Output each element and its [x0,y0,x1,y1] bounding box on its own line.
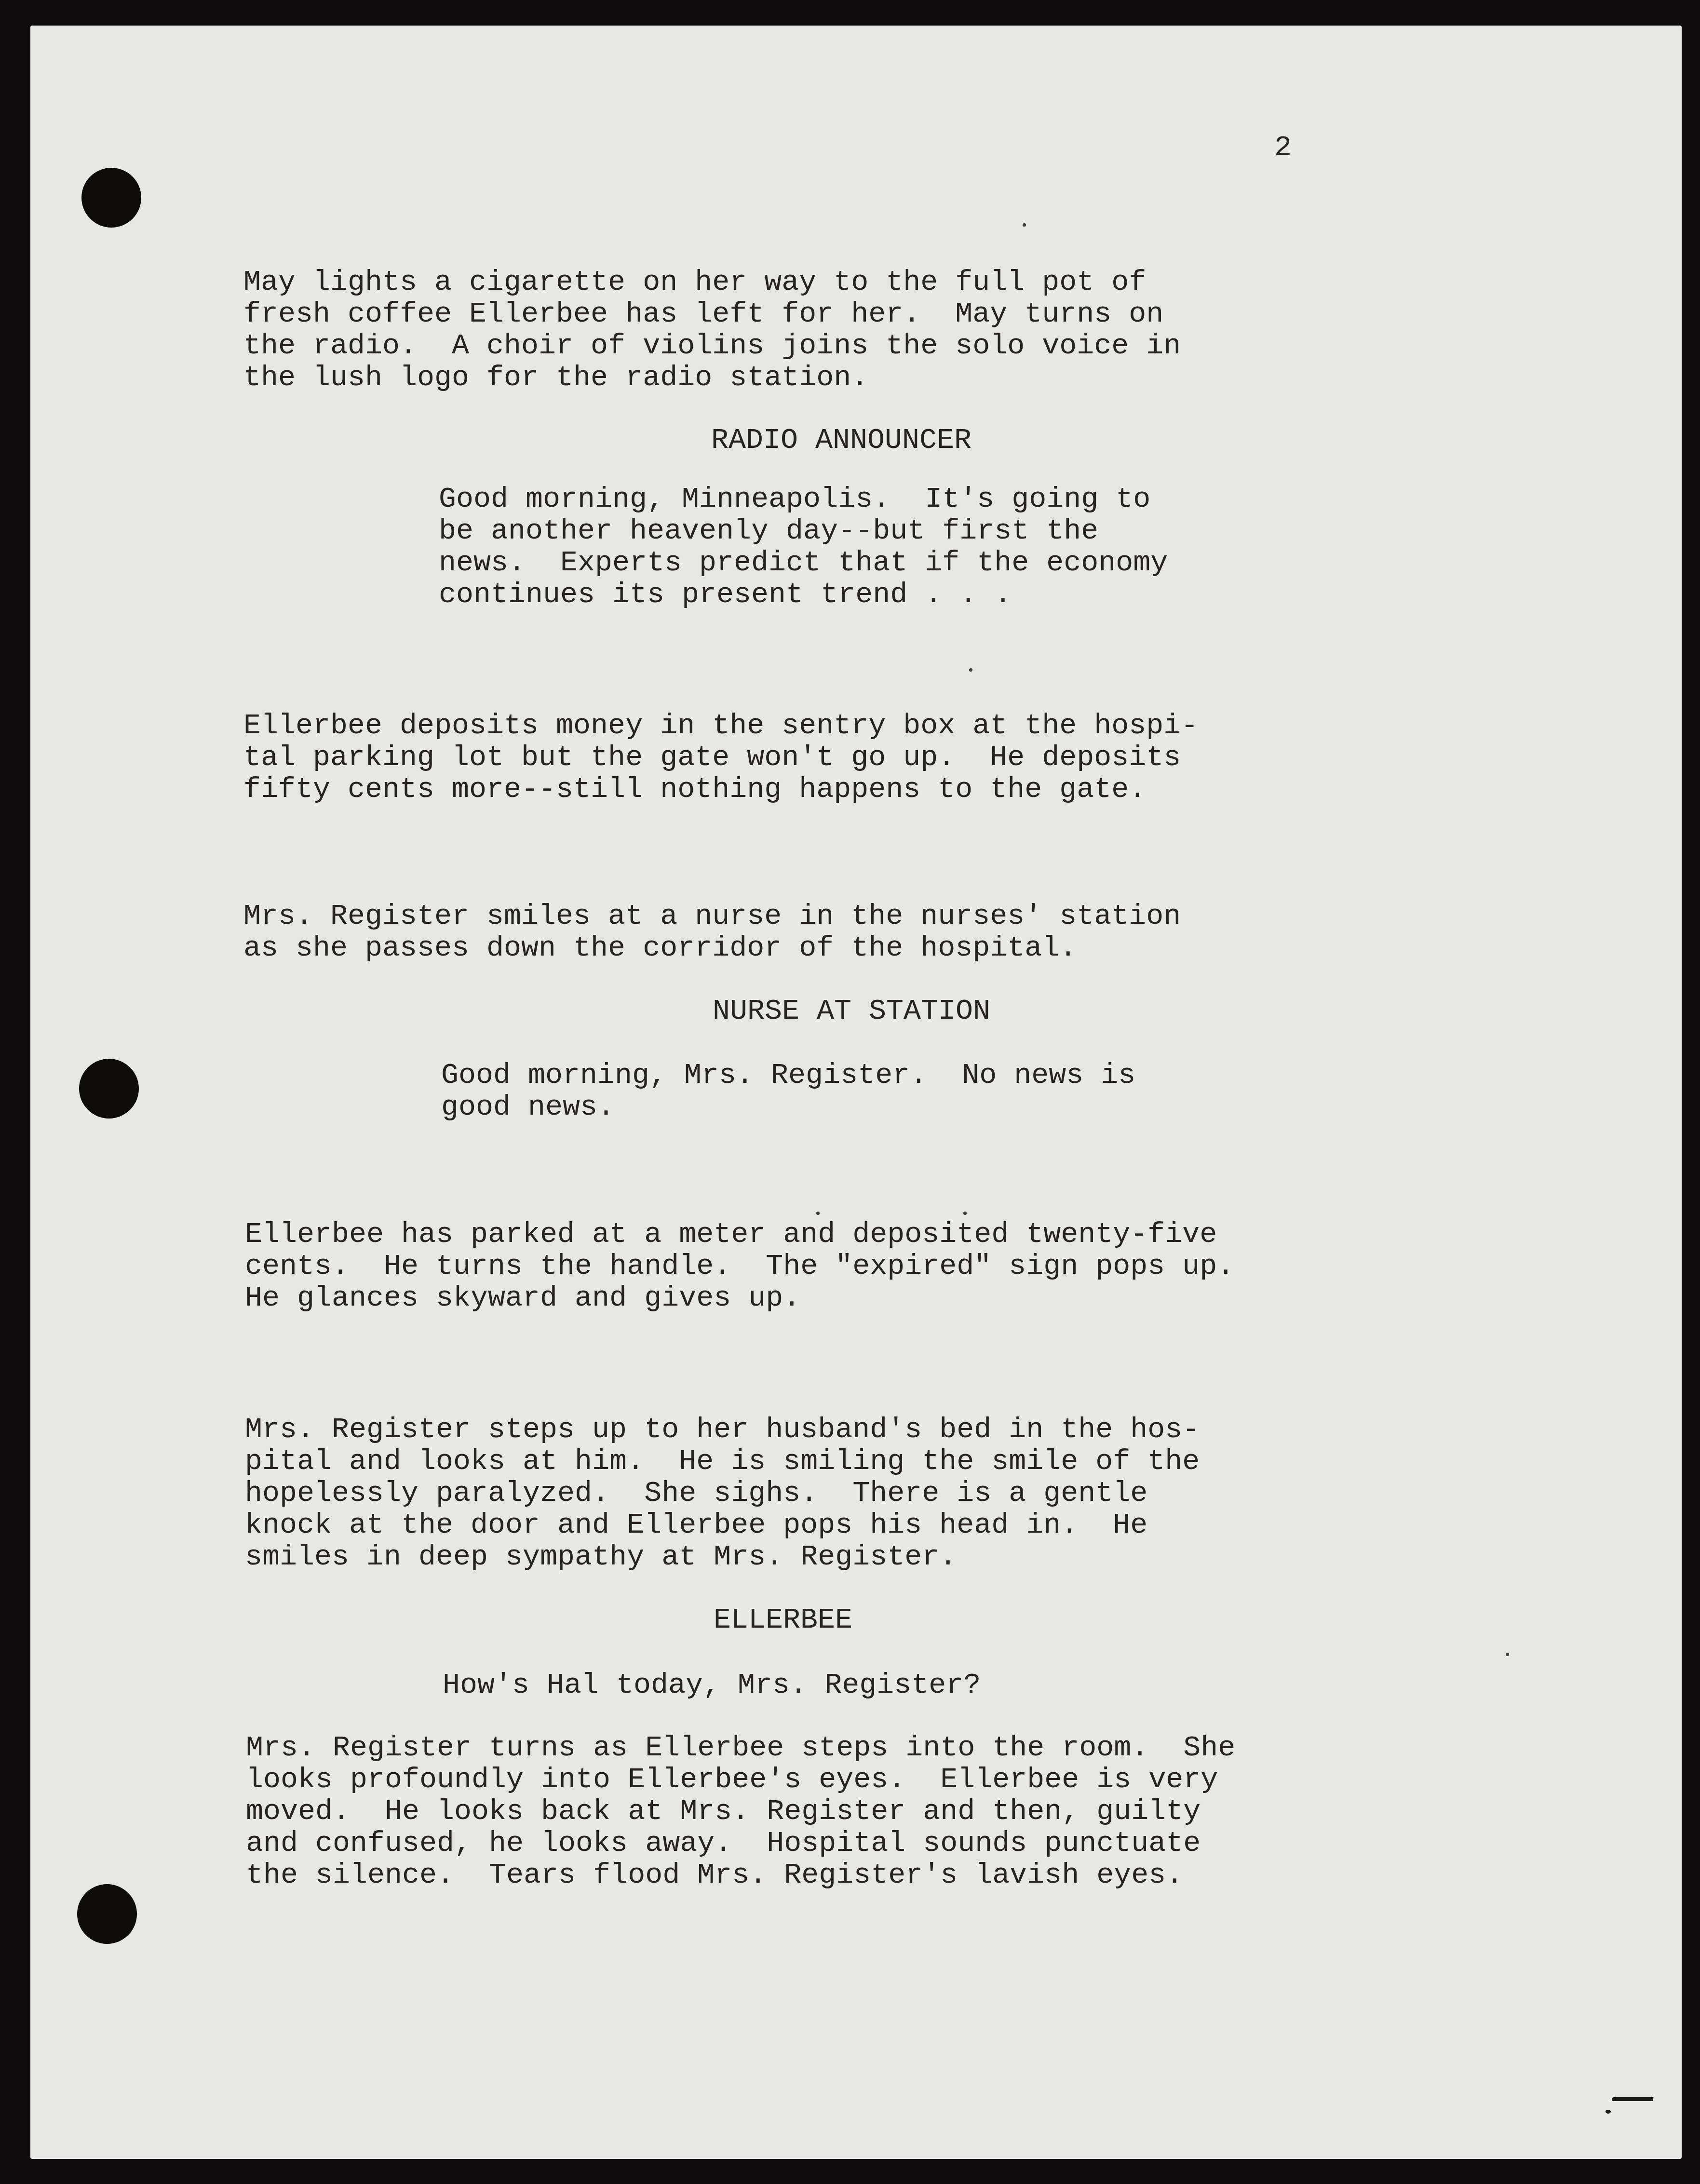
binder-hole-top [81,168,141,228]
dialogue-line: Good morning, Mrs. Register. No news is [441,1060,1135,1092]
pen-mark-dot [1606,2110,1611,2114]
pen-mark [1611,2097,1653,2101]
action-line: as she passes down the corridor of the h… [243,932,1181,964]
action-paragraph-1: May lights a cigarette on her way to the… [243,267,1181,394]
dialogue-line: continues its present trend . . . [439,579,1168,611]
action-line: cents. He turns the handle. The "expired… [245,1251,1234,1282]
character-name-ellerbee: ELLERBEE [714,1604,852,1636]
action-paragraph-3: Mrs. Register smiles at a nurse in the n… [243,901,1181,964]
action-paragraph-6: Mrs. Register turns as Ellerbee steps in… [246,1732,1235,1891]
action-line: smiles in deep sympathy at Mrs. Register… [245,1541,1200,1573]
action-line: moved. He looks back at Mrs. Register an… [246,1796,1235,1828]
action-paragraph-2: Ellerbee deposits money in the sentry bo… [243,710,1198,806]
action-line: hopelessly paralyzed. She sighs. There i… [245,1478,1200,1510]
dialogue-line: news. Experts predict that if the econom… [439,547,1168,579]
paper-speck [963,1212,967,1215]
binder-hole-bottom [77,1884,137,1944]
action-line: tal parking lot but the gate won't go up… [243,742,1198,774]
dialogue-radio-announcer: Good morning, Minneapolis. It's going to… [439,484,1168,611]
action-line: He glances skyward and gives up. [245,1282,1234,1314]
action-line: Mrs. Register steps up to her husband's … [245,1414,1200,1446]
action-line: Mrs. Register turns as Ellerbee steps in… [246,1732,1235,1764]
character-name-radio-announcer: RADIO ANNOUNCER [711,425,971,457]
action-paragraph-4: Ellerbee has parked at a meter and depos… [245,1219,1234,1314]
dialogue-nurse-at-station: Good morning, Mrs. Register. No news isg… [441,1060,1135,1123]
paper-speck [1506,1653,1509,1656]
action-line: May lights a cigarette on her way to the… [243,267,1181,298]
action-line: Ellerbee has parked at a meter and depos… [245,1219,1234,1251]
action-line: knock at the door and Ellerbee pops his … [245,1510,1200,1541]
page-number: 2 [1274,132,1292,164]
dialogue-line: good news. [441,1092,1135,1123]
paper-speck [1023,223,1026,227]
action-line: the lush logo for the radio station. [243,362,1181,394]
dialogue-line: How's Hal today, Mrs. Register? [443,1670,981,1701]
action-line: the silence. Tears flood Mrs. Register's… [246,1860,1235,1891]
action-line: and confused, he looks away. Hospital so… [246,1828,1235,1860]
action-line: the radio. A choir of violins joins the … [243,330,1181,362]
action-line: fresh coffee Ellerbee has left for her. … [243,298,1181,330]
binder-hole-middle [79,1059,139,1119]
dialogue-line: be another heavenly day--but first the [439,515,1168,547]
action-line: Ellerbee deposits money in the sentry bo… [243,710,1198,742]
paper-speck [969,668,972,672]
action-line: fifty cents more--still nothing happens … [243,774,1198,806]
action-line: Mrs. Register smiles at a nurse in the n… [243,901,1181,932]
dialogue-ellerbee: How's Hal today, Mrs. Register? [443,1670,981,1701]
character-name-nurse-at-station: NURSE AT STATION [713,996,990,1027]
script-page: 2 May lights a cigarette on her way to t… [30,26,1682,2159]
dialogue-line: Good morning, Minneapolis. It's going to [439,484,1168,515]
action-paragraph-5: Mrs. Register steps up to her husband's … [245,1414,1200,1573]
action-line: pital and looks at him. He is smiling th… [245,1446,1200,1478]
paper-speck [816,1212,820,1215]
action-line: looks profoundly into Ellerbee's eyes. E… [246,1764,1235,1796]
